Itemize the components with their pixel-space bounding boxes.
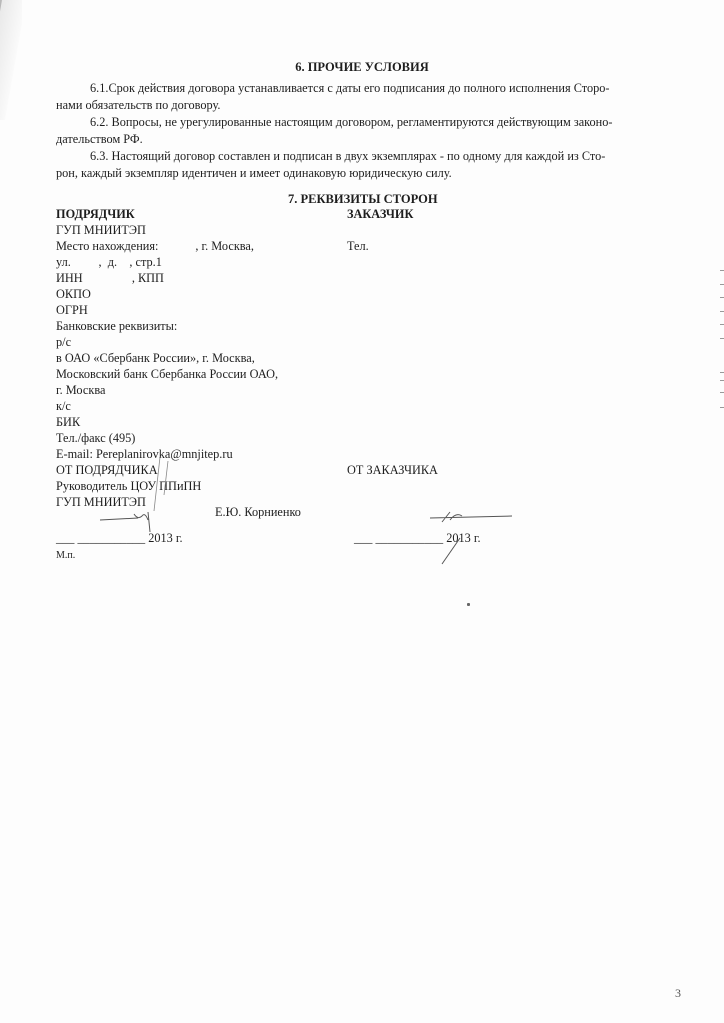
customer-heading: ЗАКАЗЧИК [347,206,413,222]
section-7-title: 7. РЕКВИЗИТЫ СТОРОН [288,192,438,207]
contractor-signatory-name: Е.Ю. Корниенко [215,504,301,520]
contractor-inn-kpp: ИНН , КПП [56,270,164,286]
contractor-street: ул. , д. , стр.1 [56,254,162,270]
contractor-bank-2: Московский банк Сбербанка России ОАО, [56,366,278,382]
clause-6-2-line2: дательством РФ. [56,131,678,148]
clause-6-2-line1: 6.2. Вопросы, не урегулированные настоящ… [90,115,613,129]
clause-6-1-line1: 6.1.Срок действия договора устанавливает… [90,81,609,95]
contractor-ogrn: ОГРН [56,302,88,318]
contractor-heading: ПОДРЯДЧИК [56,206,135,222]
contractor-account: р/с [56,334,71,350]
contractor-corr-account: к/с [56,398,71,414]
clause-6-3-line1: 6.3. Настоящий договор составлен и подпи… [90,149,605,163]
page-number: 3 [675,986,681,1001]
clause-6-3: 6.3. Настоящий договор составлен и подпи… [56,148,678,182]
clause-6-1: 6.1.Срок действия договора устанавливает… [56,80,678,114]
contractor-bank-1: в ОАО «Сбербанк России», г. Москва, [56,350,255,366]
customer-phone: Тел. [347,238,369,254]
clause-6-2: 6.2. Вопросы, не урегулированные настоящ… [56,114,678,148]
contractor-address: Место нахождения: , г. Москва, [56,238,254,254]
contractor-okpo: ОКПО [56,286,91,302]
contractor-sign-date: ___ ___________ 2013 г. [56,530,183,546]
contractor-signature-stroke [140,455,180,515]
customer-sign-date: ___ ___________ 2013 г. [354,530,481,546]
scan-speck [467,603,470,606]
contractor-phone: Тел./факс (495) [56,430,135,446]
customer-sign-label: ОТ ЗАКАЗЧИКА [347,462,438,478]
clause-6-3-line2: рон, каждый экземпляр идентичен и имеет … [56,165,678,182]
contractor-bik: БИК [56,414,80,430]
contractor-bank-label: Банковские реквизиты: [56,318,177,334]
section-6-title: 6. ПРОЧИЕ УСЛОВИЯ [0,60,724,75]
stamp-label: М.п. [56,548,75,564]
contractor-bank-city: г. Москва [56,382,105,398]
contractor-org: ГУП МНИИТЭП [56,222,146,238]
clause-6-1-line2: нами обязательств по договору. [56,97,678,114]
